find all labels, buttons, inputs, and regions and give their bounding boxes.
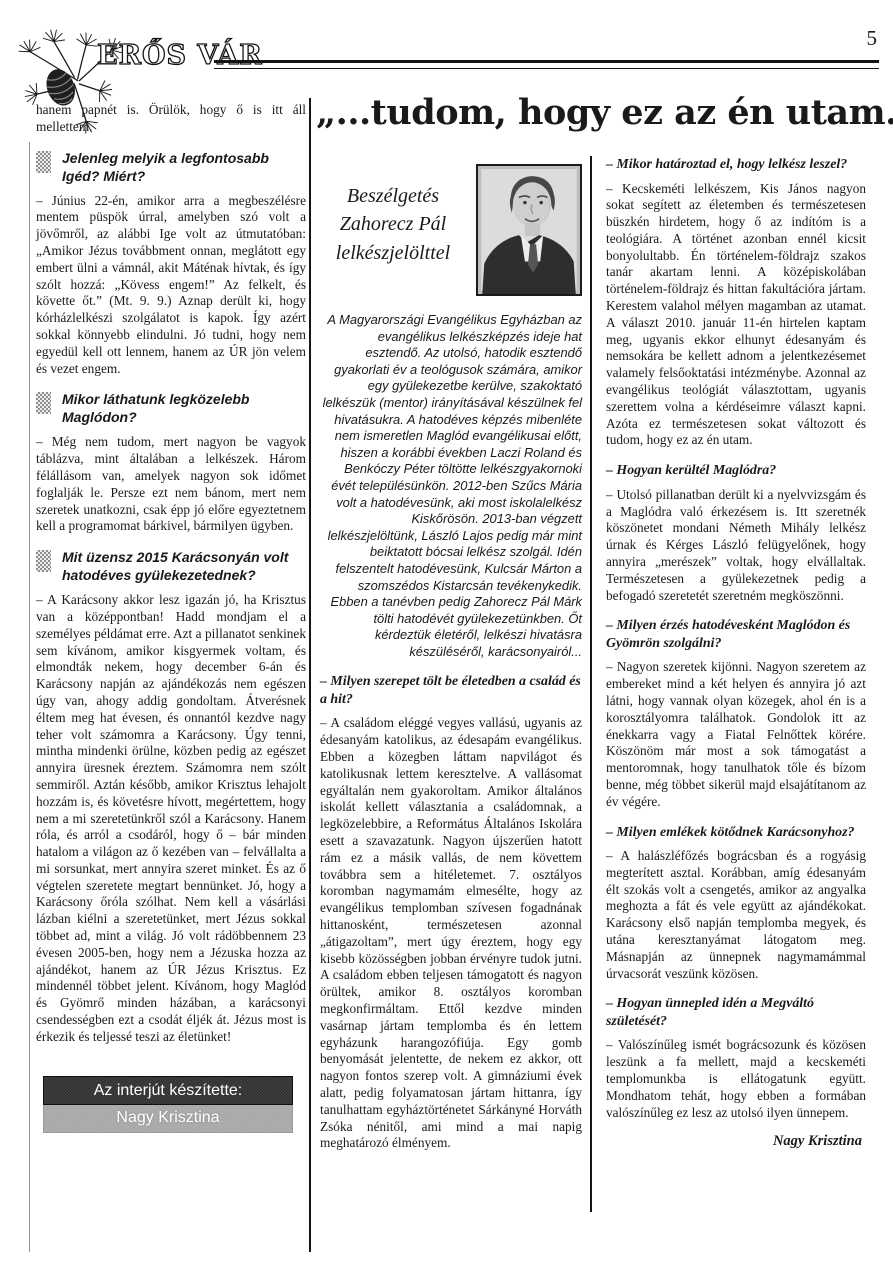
scan-edge-line (29, 142, 30, 1252)
answer-paragraph: – A családom eléggé vegyes vallású, ugya… (320, 715, 582, 1152)
question-heading: – Milyen emlékek kötődnek Karácsonyhoz? (606, 824, 866, 842)
question-heading: – Hogyan kerültél Maglódra? (606, 462, 866, 480)
question-heading: – Mikor határoztad el, hogy lelkész lesz… (606, 156, 866, 174)
answer-paragraph: – Június 22-én, amikor arra a megbeszélé… (36, 193, 306, 378)
portrait-photo (476, 164, 582, 296)
credit-label: Az interjút készítette: (43, 1076, 293, 1105)
continuation-paragraph: hanem papnét is. Örülök, hogy ő is itt á… (36, 102, 306, 136)
newspaper-page: ERŐS VÁR 5 „...tudom, hogy ez az én utam… (0, 0, 893, 1264)
right-column: – Mikor határoztad el, hogy lelkész lesz… (606, 156, 866, 1150)
answer-paragraph: – Utolsó pillanatban derült ki a nyelvvi… (606, 487, 866, 605)
section-marker-icon (36, 392, 51, 414)
question-heading: – Milyen érzés hatodévesként Maglódon és… (606, 617, 866, 652)
answer-paragraph: – Valószínűleg ismét bográcsozunk és köz… (606, 1037, 866, 1121)
middle-column: Beszélgetés Zahorecz Pál lelkészjelöltte… (320, 156, 582, 1152)
page-number: 5 (867, 26, 878, 51)
credit-box: Az interjút készítette: Nagy Krisztina (43, 1076, 293, 1133)
question-heading: Mit üzensz 2015 Karácsonyán volt hatodév… (36, 548, 306, 584)
answer-paragraph: – Nagyon szeretek kijönni. Nagyon szeret… (606, 659, 866, 810)
answer-paragraph: – A Karácsony akkor lesz igazán jó, ha K… (36, 592, 306, 1046)
question-text: Mit üzensz 2015 Karácsonyán volt hatodév… (62, 548, 306, 584)
answer-paragraph: – Kecskeméti lelkészem, Kis János nagyon… (606, 181, 866, 450)
question-heading: – Milyen szerepet tölt be életedben a cs… (320, 673, 582, 708)
left-column: hanem papnét is. Örülök, hogy ő is itt á… (36, 102, 306, 1133)
answer-paragraph: – Még nem tudom, mert nagyon be vagyok t… (36, 434, 306, 535)
question-heading: Jelenleg melyik a legfontosabb Igéd? Mié… (36, 149, 306, 185)
author-signature: Nagy Krisztina (606, 1133, 866, 1150)
question-heading: – Hogyan ünnepled idén a Megváltó szület… (606, 995, 866, 1030)
article-title: „...tudom, hogy ez az én utam.” (316, 94, 880, 133)
header-rule (214, 60, 879, 69)
lead-row: Beszélgetés Zahorecz Pál lelkészjelöltte… (320, 156, 582, 296)
section-marker-icon (36, 550, 51, 572)
answer-paragraph: – A halászléfőzés bográcsban és a rogyás… (606, 848, 866, 982)
question-text: Mikor láthatunk legközelebb Maglódon? (62, 390, 306, 426)
question-heading: Mikor láthatunk legközelebb Maglódon? (36, 390, 306, 426)
question-text: Jelenleg melyik a legfontosabb Igéd? Mié… (62, 149, 306, 185)
credit-author: Nagy Krisztina (43, 1105, 293, 1133)
column-divider-right (590, 156, 592, 1212)
column-divider-left (309, 98, 311, 1252)
intro-paragraph: A Magyarországi Evangélikus Egyházban az… (320, 312, 582, 660)
section-marker-icon (36, 151, 51, 173)
lead-in-text: Beszélgetés Zahorecz Pál lelkészjelöltte… (320, 156, 466, 296)
